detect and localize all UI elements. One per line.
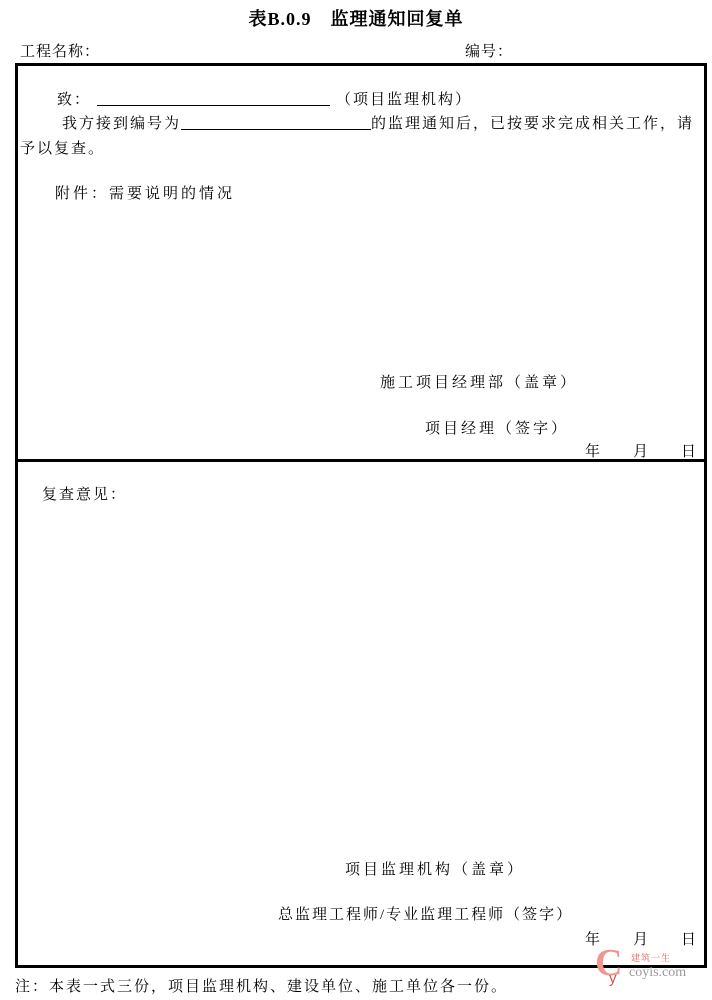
copies-note: 注：本表一式三份，项目监理机构、建设单位、施工单位各一份。 — [15, 975, 508, 996]
watermark-site-text: coyis.com — [629, 965, 686, 981]
watermark-brand-text: 建筑一生 — [631, 951, 671, 964]
reply-date-line: 年 月 日 — [585, 440, 697, 461]
watermark-logo-sub-icon: y — [609, 970, 617, 987]
to-blank-field — [97, 90, 330, 106]
number-label: 编号： — [465, 40, 513, 61]
supervision-org-seal-line: 项目监理机构（盖章） — [345, 858, 525, 879]
body-continuation: 予以复查。 — [20, 137, 105, 158]
to-label: 致： — [57, 92, 91, 108]
watermark: C y 建筑一生 coyis.com — [595, 948, 710, 998]
page-title: 表B.0.9 监理通知回复单 — [0, 5, 712, 31]
contractor-seal-line: 施工项目经理部（盖章） — [380, 371, 578, 392]
project-manager-signature-line: 项目经理（签字） — [425, 417, 569, 438]
attachment-line: 附件：需要说明的情况 — [55, 182, 235, 203]
review-opinion-label: 复查意见： — [42, 483, 127, 504]
document-page: 表B.0.9 监理通知回复单 工程名称： 编号： 致：（项目监理机构） 我方接到… — [0, 0, 712, 1000]
notice-number-line: 我方接到编号为的监理通知后，已按要求完成相关工作，请 — [62, 112, 694, 133]
body-suffix: 的监理通知后，已按要求完成相关工作，请 — [371, 116, 694, 132]
notice-number-blank-field — [181, 114, 371, 130]
to-org-suffix: （项目监理机构） — [336, 92, 472, 108]
chief-engineer-signature-line: 总监理工程师/专业监理工程师（签字） — [278, 903, 573, 924]
project-name-label: 工程名称： — [20, 40, 100, 61]
body-prefix: 我方接到编号为 — [62, 116, 181, 132]
to-line: 致：（项目监理机构） — [57, 88, 472, 109]
